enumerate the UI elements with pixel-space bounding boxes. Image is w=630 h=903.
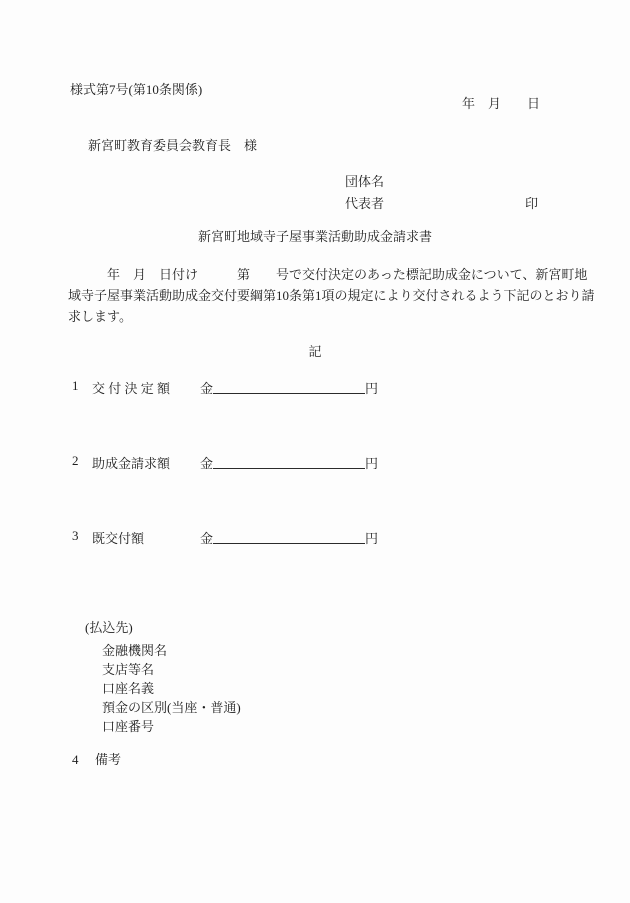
- payment-row-deposit-type: 預金の区別(当座・普通): [102, 700, 241, 716]
- item-number: 2: [72, 453, 79, 469]
- recipient-line: 新宮町教育委員会教育長 様: [88, 138, 257, 154]
- payment-row-financial-institution: 金融機関名: [102, 643, 167, 659]
- yen-suffix: 円: [365, 528, 378, 547]
- payment-row-account-number: 口座番号: [102, 719, 154, 735]
- ki-heading: 記: [0, 344, 630, 360]
- item-label-already-granted-amount: 既交付額: [92, 528, 144, 547]
- claim-item-row: 2 助成金請求額 金 円: [72, 453, 402, 471]
- body-line: 求します。: [68, 309, 132, 325]
- document-title: 新宮町地域寺子屋事業活動助成金請求書: [0, 229, 630, 245]
- body-line: 域寺子屋事業活動助成金交付要綱第10条第1項の規定により交付されるよう下記のとお…: [68, 288, 595, 304]
- payment-row-account-holder: 口座名義: [102, 681, 154, 697]
- yen-suffix: 円: [365, 453, 378, 472]
- payment-row-branch-name: 支店等名: [102, 662, 154, 678]
- body-line: 年 月 日付け 第 号で交付決定のあった標記助成金について、新宮町地: [68, 267, 587, 283]
- yen-prefix: 金: [200, 378, 213, 397]
- yen-prefix: 金: [200, 453, 213, 472]
- payment-destination-heading: (払込先): [85, 620, 133, 636]
- form-page: 様式第7号(第10条関係) 年 月 日 新宮町教育委員会教育長 様 団体名 代表…: [0, 0, 630, 903]
- seal-label: 印: [525, 196, 538, 212]
- amount-fill-in-blank[interactable]: [213, 453, 365, 469]
- date-line: 年 月 日: [462, 96, 540, 112]
- remarks-row: 4 備考: [72, 752, 272, 770]
- item-label-remarks: 備考: [95, 752, 121, 768]
- group-name-label: 団体名: [345, 174, 384, 190]
- amount-fill-in-blank[interactable]: [213, 378, 365, 394]
- claim-item-row: 1 交 付 決 定 額 金 円: [72, 378, 402, 396]
- item-number: 3: [72, 528, 79, 544]
- yen-prefix: 金: [200, 528, 213, 547]
- yen-suffix: 円: [365, 378, 378, 397]
- item-label-grant-decided-amount: 交 付 決 定 額: [92, 378, 170, 397]
- item-number: 1: [72, 378, 79, 394]
- representative-label: 代表者: [345, 196, 384, 212]
- item-label-subsidy-claim-amount: 助成金請求額: [92, 453, 170, 472]
- amount-fill-in-blank[interactable]: [213, 528, 365, 544]
- claim-item-row: 3 既交付額 金 円: [72, 528, 402, 546]
- form-number: 様式第7号(第10条関係): [70, 82, 202, 98]
- item-number: 4: [72, 752, 79, 768]
